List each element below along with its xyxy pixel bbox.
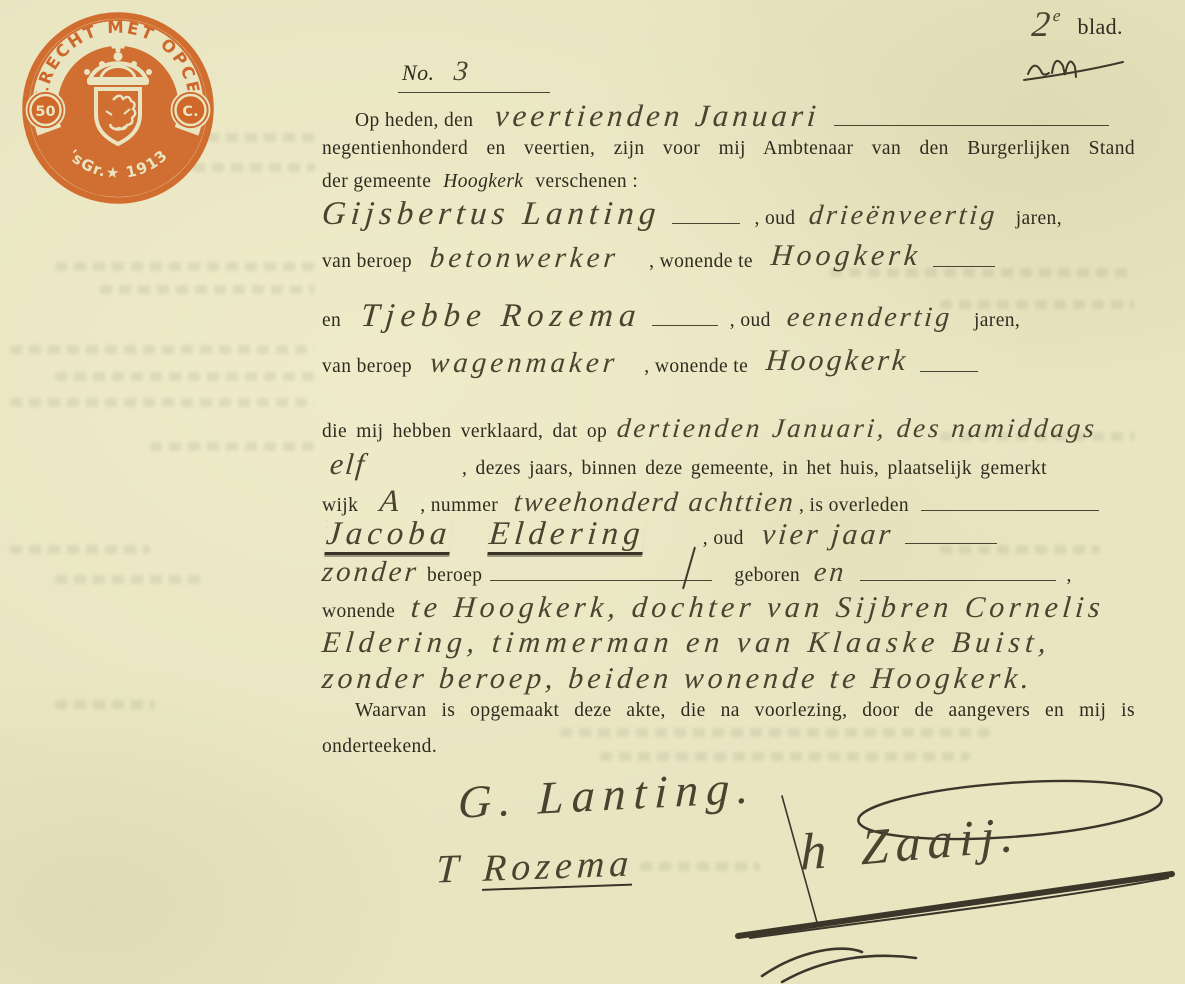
printed-oud: , oud [703, 528, 744, 549]
line-verklaard: die mij hebben verklaard, dat op dertien… [322, 415, 1097, 442]
printed-oud: , oud [754, 208, 795, 229]
printed-verschenen: verschenen : [535, 171, 638, 192]
signature-rozema-initial: T [435, 849, 462, 890]
bleed-through-ghost [55, 372, 315, 381]
deceased-first-name: Jacoba [324, 518, 453, 555]
parents-names: Eldering, timmerman en van Klaaske Buist… [321, 628, 1053, 658]
printed-van-beroep: van beroep [322, 356, 412, 377]
svg-text:50: 50 [35, 104, 55, 120]
bleed-through-ghost [100, 285, 315, 294]
bleed-through-ghost [10, 545, 150, 554]
stamp-denomination-left: 50 [27, 91, 65, 129]
act-number-rule [398, 92, 550, 93]
line-declarant2: en Tjebbe Rozema , oud eenendertig jaren… [322, 300, 1020, 333]
svg-text:C.: C. [182, 104, 198, 120]
parents-residence: zonder beroep, beiden wonende te Hoogker… [321, 664, 1035, 694]
sheet-number-handwritten: 2 [1030, 6, 1054, 42]
line-declarant2-beroep: van beroep wagenmaker , wonende te Hoogk… [322, 348, 978, 378]
death-date: dertienden Januari, des namiddags [616, 415, 1098, 442]
fill-rule [905, 543, 997, 544]
printed-wonende-te: , wonende te [644, 356, 748, 377]
sheet-word: blad. [1078, 14, 1123, 39]
printed-jaren: jaren, [1016, 208, 1062, 229]
fill-rule [933, 266, 995, 267]
handwritten-en: en [813, 559, 848, 587]
stamp-denomination-right: C. [172, 91, 210, 129]
bleed-through-ghost [55, 262, 315, 271]
declarant2-name: Tjebbe Rozema [360, 300, 643, 333]
declarant2-occupation: wagenmaker [429, 349, 620, 378]
printed-en: en [322, 310, 341, 331]
printed-op-heden: Op heden, den [355, 110, 473, 131]
printed-is-overleden: , is overleden [799, 495, 909, 516]
sheet-number: 2e blad. [1032, 6, 1123, 42]
printed-dezes-jaars: , dezes jaars, binnen deze gemeente, in … [462, 458, 1047, 479]
fill-rule [920, 371, 978, 372]
printed-jaren: jaren, [974, 310, 1020, 331]
declarant2-residence: Hoogkerk [765, 346, 910, 376]
bleed-through-ghost [55, 575, 205, 584]
fill-rule [860, 580, 1056, 581]
declarant1-occupation: betonwerker [429, 244, 621, 273]
wijk-letter: A [379, 485, 404, 516]
death-certificate-scan: ZEGELRECHT MET OPCENTEN 50 [0, 0, 1185, 984]
bleed-through-ghost [600, 752, 970, 761]
act-number: No. 3 [402, 58, 471, 86]
closing-line-2: onderteekend. [322, 737, 437, 757]
line-house: wijk A , nummer tweehonderd achttien , i… [322, 485, 1099, 517]
bleed-through-ghost [10, 398, 315, 407]
handwritten-zonder: zonder [321, 558, 420, 587]
revenue-stamp: ZEGELRECHT MET OPCENTEN 50 [18, 8, 218, 208]
printed-verklaard: die mij hebben verklaard, dat op [322, 421, 607, 442]
house-number: tweehonderd achttien [513, 489, 796, 517]
line-death-hour: elf , dezes jaars, binnen deze gemeente,… [330, 450, 1047, 480]
line-parents-3: zonder beroep, beiden wonende te Hoogker… [322, 664, 1033, 694]
registrar-signature-flourish [720, 778, 1185, 984]
line-beroep-geboren: zonder beroep geboren en , [322, 558, 1072, 587]
line-parents-2: Eldering, timmerman en van Klaaske Buist… [322, 628, 1051, 658]
handwritten-date: veertienden Januari [494, 100, 821, 131]
sheet-number-suffix: e [1052, 7, 1064, 24]
signature-lanting: G. Lanting. [457, 764, 757, 826]
deceased-last-name: Eldering [488, 518, 647, 555]
printed-wonende-te: , wonende te [649, 251, 753, 272]
declarant1-age: drieënveertig [808, 202, 999, 230]
death-hour: elf [329, 450, 368, 480]
printed-van-beroep: van beroep [322, 251, 412, 272]
signature-rozema-name: Rozema [482, 845, 634, 891]
clerk-paraph-icon [1018, 46, 1133, 88]
deceased-age: vier jaar [760, 520, 894, 550]
line-deceased: Jacoba Eldering , oud vier jaar [326, 518, 997, 555]
declarant1-name: Gijsbertus Lanting [321, 198, 662, 231]
printed-geboren: geboren [734, 565, 800, 586]
act-number-value: 3 [453, 58, 472, 86]
printed-wijk: wijk [322, 495, 358, 516]
fill-rule [834, 125, 1109, 126]
bleed-through-ghost [10, 345, 315, 354]
fill-rule [652, 325, 718, 326]
printed-oud: , oud [730, 310, 771, 331]
signature-registrar-initial: h [800, 825, 829, 880]
line-declarant1: Gijsbertus Lanting , oud drieënveertig j… [322, 198, 1062, 231]
bleed-through-ghost [560, 728, 990, 737]
signature-declarant1: G. Lanting. [457, 764, 758, 826]
bleed-through-ghost [55, 700, 155, 709]
line-declarant1-beroep: van beroep betonwerker , wonende te Hoog… [322, 243, 995, 273]
residence-parents-1: te Hoogkerk, dochter van Sijbren Corneli… [410, 593, 1106, 623]
line-residence: wonende te Hoogkerk, dochter van Sijbren… [322, 593, 1105, 623]
printed-year-line: negentienhonderd en veertien, zijn voor … [322, 139, 1135, 159]
fill-rule [921, 510, 1099, 511]
printed-beroep: beroep [427, 565, 482, 586]
declarant2-age: eenendertig [786, 304, 954, 332]
signature-registrar-name: Zaaij. [861, 808, 1020, 872]
fill-rule [490, 580, 712, 581]
municipality-name: Hoogkerk [443, 171, 523, 192]
printed-comma: , [1066, 565, 1071, 586]
printed-nummer: , nummer [420, 495, 498, 516]
printed-wonende: wonende [322, 601, 395, 622]
act-number-label: No. [402, 60, 434, 85]
line-op-heden: Op heden, den veertienden Januari [355, 100, 1109, 131]
declarant1-residence: Hoogkerk [770, 241, 923, 271]
bleed-through-ghost [150, 442, 315, 451]
line-gemeente: der gemeente Hoogkerk verschenen : [322, 172, 638, 192]
fill-rule [672, 223, 740, 224]
printed-der-gemeente: der gemeente [322, 171, 431, 192]
signature-declarant2: T Rozema [435, 843, 634, 893]
closing-line-1: Waarvan is opgemaakt deze akte, die na v… [355, 701, 1135, 721]
